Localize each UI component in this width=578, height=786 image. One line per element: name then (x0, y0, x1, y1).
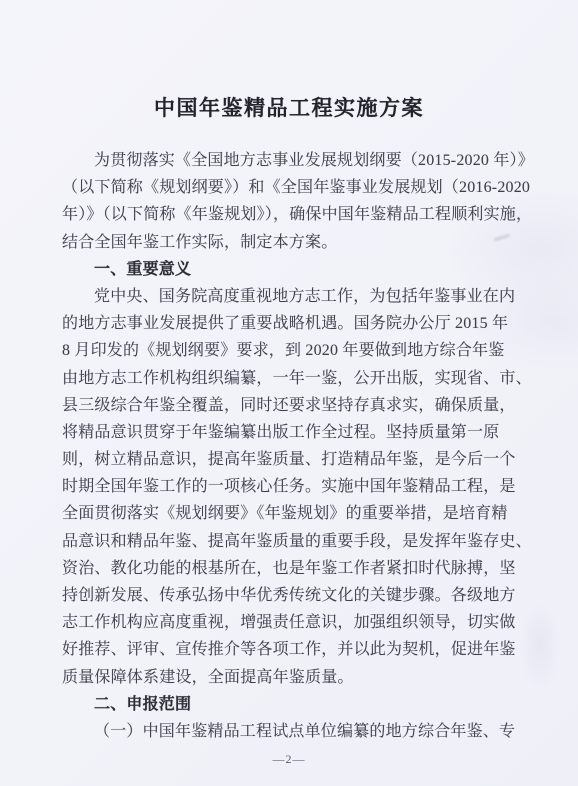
text-line: 品意识和精品年鉴、提高年鉴质量的重要手段，是发挥年鉴存史、 (62, 528, 524, 555)
text-line: （一）中国年鉴精品工程试点单位编纂的地方综合年鉴、专 (62, 718, 524, 745)
text-line: 则，树立精品意识，提高年鉴质量、打造精品年鉴，是今后一个 (62, 446, 524, 473)
page-number: —2— (0, 752, 578, 767)
text-line: 时期全国年鉴工作的一项核心任务。实施中国年鉴精品工程，是 (62, 473, 524, 500)
text-line: （以下简称《规划纲要》）和《全国年鉴事业发展规划（2016-2020 (62, 174, 524, 201)
text-line: 将精品意识贯穿于年鉴编纂出版工作全过程。坚持质量第一原 (62, 419, 524, 446)
text-line: 党中央、国务院高度重视地方志工作，为包括年鉴事业在内 (62, 283, 524, 310)
text-line: 资治、教化功能的根基所在，也是年鉴工作者紧扣时代脉搏，坚 (62, 555, 524, 582)
text-line: 全面贯彻落实《规划纲要》《年鉴规划》的重要举措，是培育精 (62, 500, 524, 527)
text-line: 持创新发展、传承弘扬中华优秀传统文化的关键步骤。各级地方 (62, 582, 524, 609)
text-line: 由地方志工作机构组织编纂，一年一鉴，公开出版，实现省、市、 (62, 365, 524, 392)
text-line: 志工作机构应高度重视，增强责任意识，加强组织领导，切实做 (62, 609, 524, 636)
text-line: 结合全国年鉴工作实际，制定本方案。 (62, 229, 524, 256)
scan-artifact-smudge (520, 600, 560, 690)
text-line: 年）》（以下简称《年鉴规划》），确保中国年鉴精品工程顺利实施， (62, 201, 524, 228)
text-line: 质量保障体系建设，全面提高年鉴质量。 (62, 664, 524, 691)
document-title: 中国年鉴精品工程实施方案 (0, 92, 578, 122)
section-heading: 二、申报范围 (62, 691, 524, 718)
text-line: 的地方志事业发展提供了重要战略机遇。国务院办公厅 2015 年 (62, 310, 524, 337)
text-line: 好推荐、评审、宣传推介等各项工作，并以此为契机，促进年鉴 (62, 636, 524, 663)
text-line: 为贯彻落实《全国地方志事业发展规划纲要（2015-2020 年）》 (62, 147, 524, 174)
section-heading: 一、重要意义 (62, 256, 524, 283)
scanned-document-page: 中国年鉴精品工程实施方案 为贯彻落实《全国地方志事业发展规划纲要（2015-20… (0, 0, 578, 786)
text-line: 县三级综合年鉴全覆盖，同时还要求坚持存真求实，确保质量， (62, 392, 524, 419)
text-block: 为贯彻落实《全国地方志事业发展规划纲要（2015-2020 年）》（以下简称《规… (62, 147, 524, 745)
text-line: 8 月印发的《规划纲要》要求，到 2020 年要做到地方综合年鉴 (62, 337, 524, 364)
